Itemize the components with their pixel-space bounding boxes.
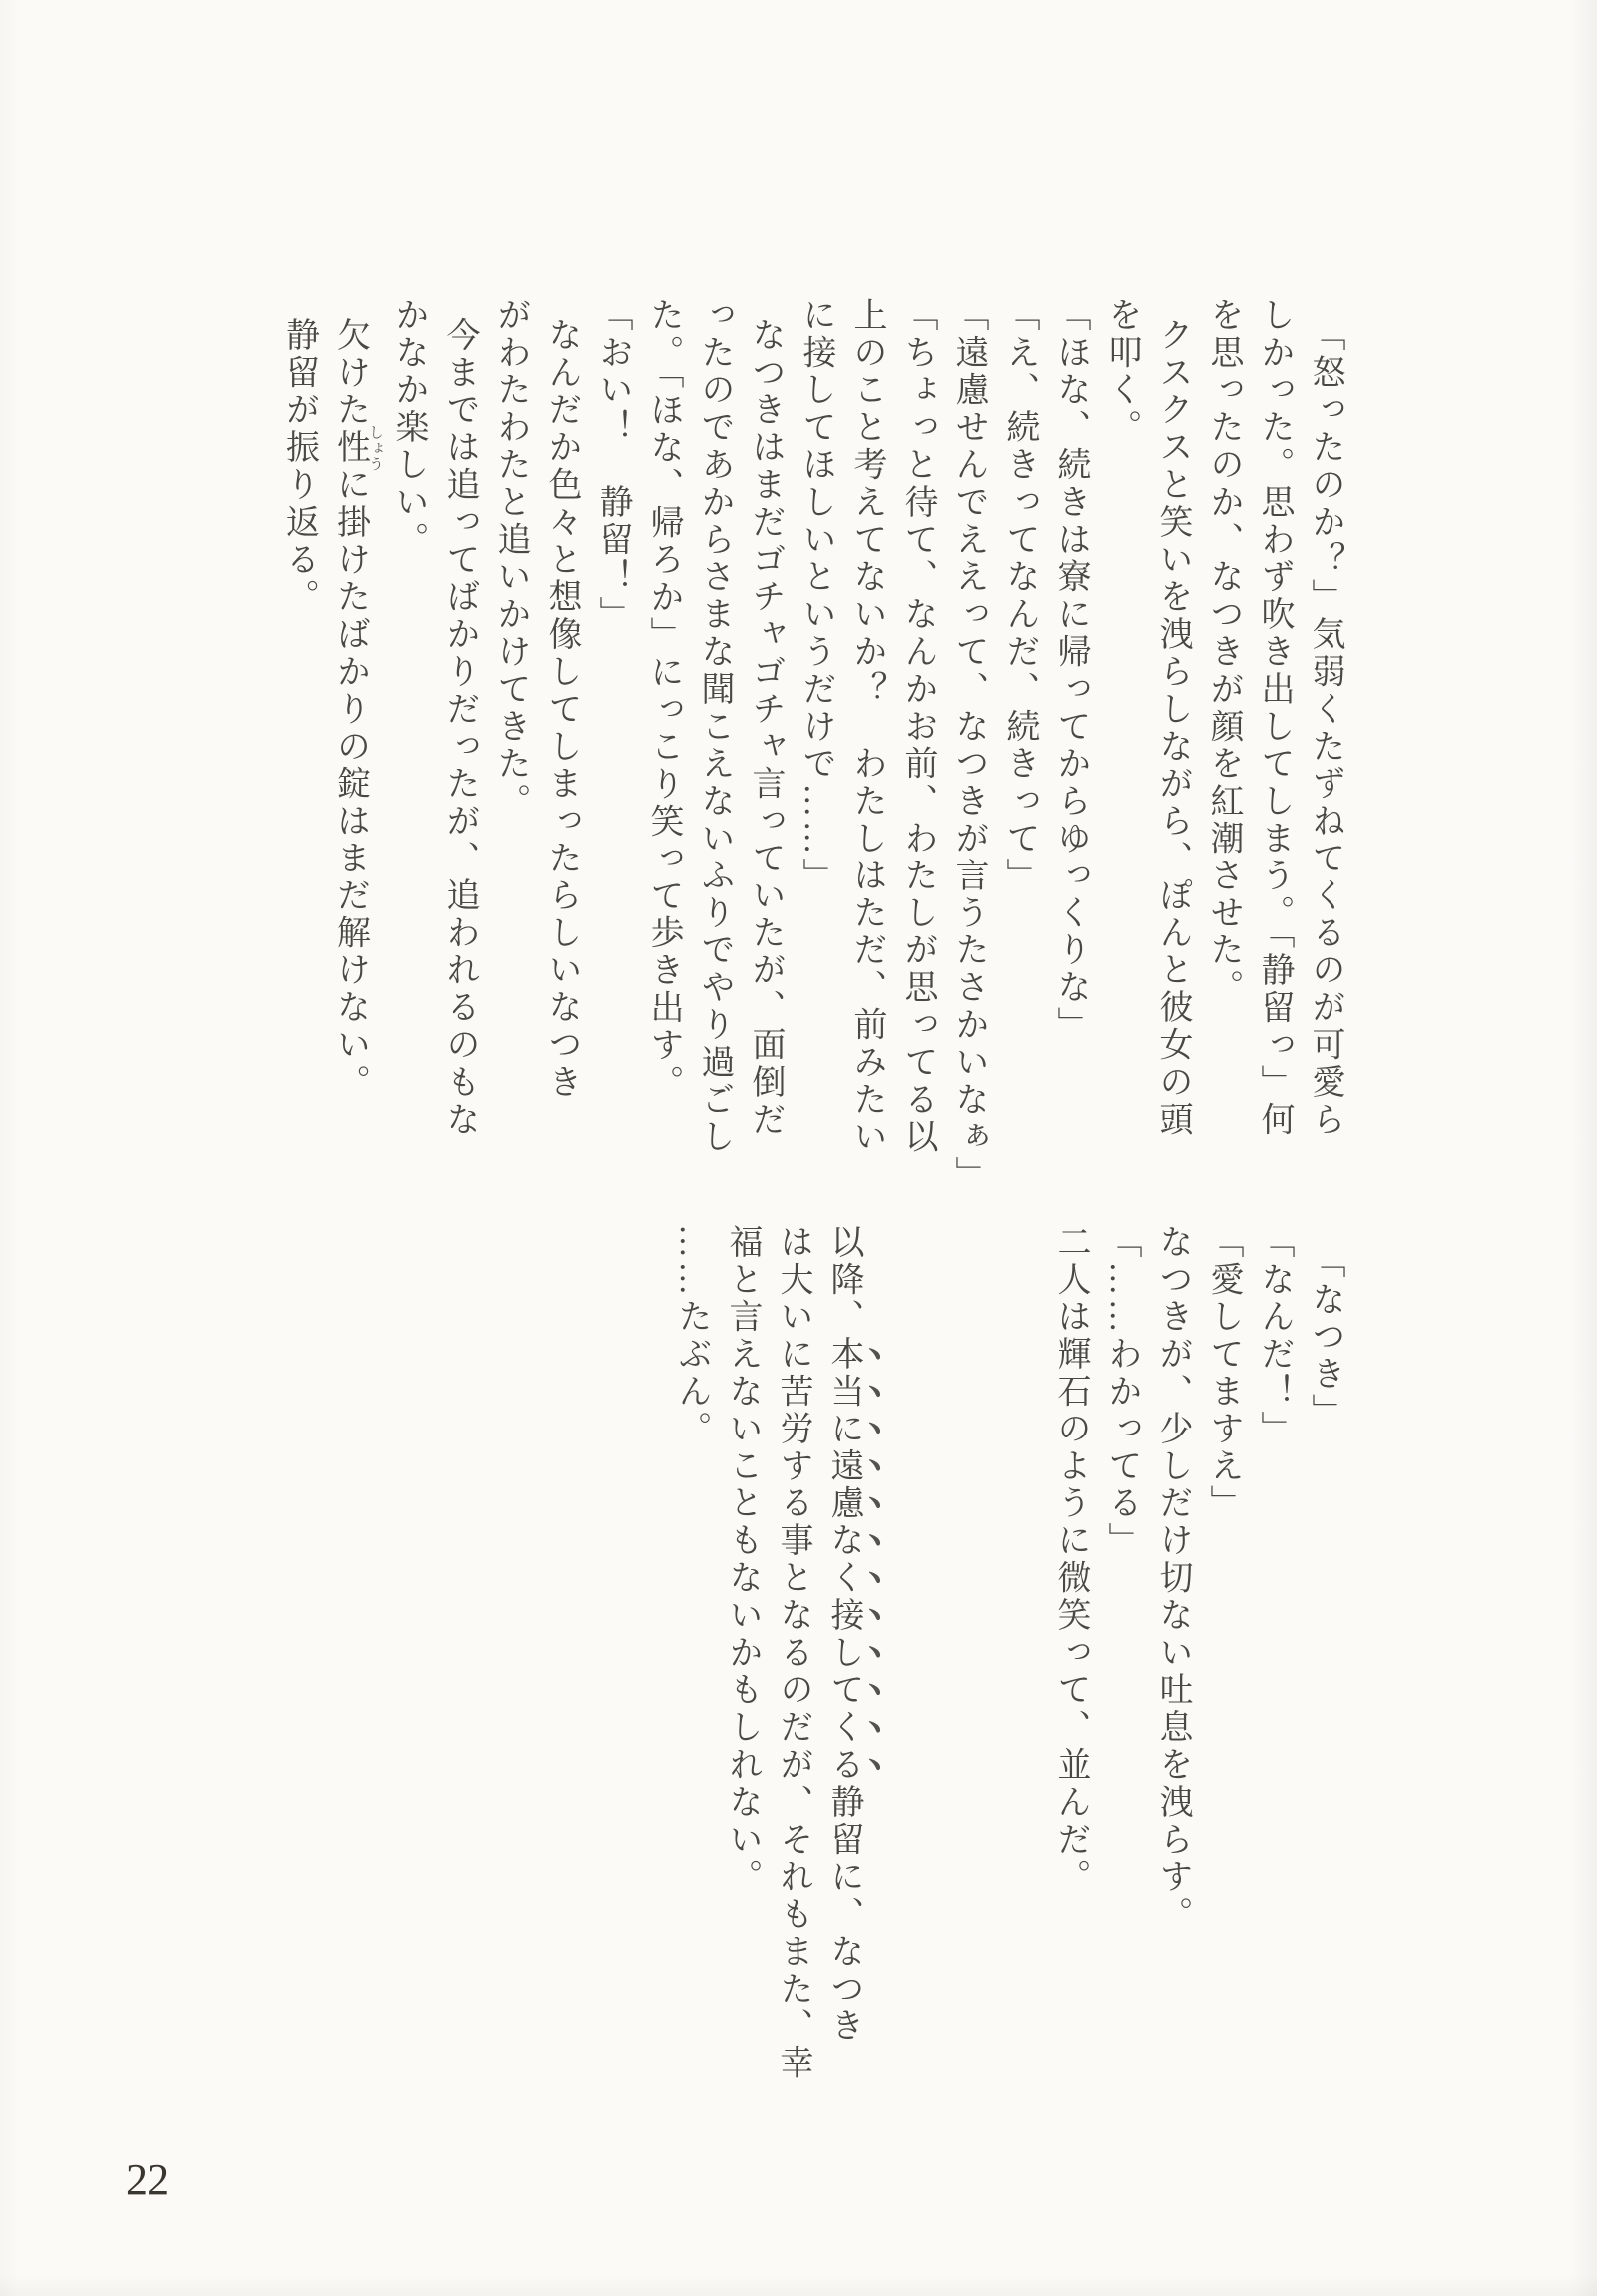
furigana: しょう bbox=[367, 424, 383, 471]
text-line: がわたわたと追いかけてきた。 bbox=[485, 297, 536, 1206]
page-number: 22 bbox=[126, 2154, 168, 2205]
text-line: 「ほな、続きは寮に帰ってからゆっくりな」 bbox=[1045, 297, 1096, 1206]
text-line: なんだか色々と想像してしまったらしいなつき bbox=[536, 297, 587, 1206]
text-line: 「なつき」 bbox=[1300, 1224, 1350, 2094]
text-line: しかった。思わず吹き出してしまう。「静留っ」何 bbox=[1249, 297, 1300, 1206]
upper-text-block: 「怒ったのか？」気弱くたずねてくるのが可愛らしかった。思わず吹き出してしまう。「… bbox=[274, 297, 1351, 1206]
text-line: 「怒ったのか？」気弱くたずねてくるのが可愛ら bbox=[1300, 297, 1350, 1206]
text-line: 「愛してますえ」 bbox=[1198, 1224, 1249, 2094]
text-line: クスクスと笑いを洩らしながら、ぽんと彼女の頭 bbox=[1147, 297, 1198, 1206]
text-line: 欠けた性しょうに掛けたばかりの錠はまだ解けない。 bbox=[325, 297, 384, 1206]
text-line: に接してほしいというだけで……」 bbox=[791, 297, 841, 1206]
text-line: 「……わかってる」 bbox=[1096, 1224, 1147, 2094]
text-line: なつきはまだゴチャゴチャ言っていたが、面倒だ bbox=[740, 297, 791, 1206]
scene-break-gap bbox=[887, 1224, 1045, 2094]
text-line: 「なんだ！」 bbox=[1249, 1224, 1300, 2094]
text-line: 上のこと考えてないか？ わたしはただ、前みたい bbox=[841, 297, 892, 1206]
text-line: 福と言えないこともないかもしれない。 bbox=[717, 1224, 768, 2094]
text-line: 「え、続きってなんだ、続きって」 bbox=[994, 297, 1045, 1206]
emphasized-text: 本当に遠慮なく接してくる bbox=[825, 1336, 862, 1784]
novel-page: 「怒ったのか？」気弱くたずねてくるのが可愛らしかった。思わず吹き出してしまう。「… bbox=[0, 0, 1597, 2296]
text-line: なつきが、少しだけ切ない吐息を洩らす。 bbox=[1147, 1224, 1198, 2094]
ruby-annotated-text: 性しょう bbox=[332, 429, 369, 466]
text-line: ……たぶん。 bbox=[666, 1224, 717, 2094]
text-line: 二人は輝石のように微笑って、並んだ。 bbox=[1045, 1224, 1096, 2094]
text-line: ったのであからさまな聞こえないふりでやり過ごし bbox=[689, 297, 740, 1206]
text-line: 「おい！ 静留！」 bbox=[587, 297, 638, 1206]
lower-text-block: 「なつき」「なんだ！」「愛してますえ」なつきが、少しだけ切ない吐息を洩らす。「…… bbox=[666, 1224, 1350, 2094]
text-line: 静留が振り返る。 bbox=[274, 297, 325, 1206]
text-line: かなか楽しい。 bbox=[383, 297, 434, 1206]
text-line: は大いに苦労する事となるのだが、それもまた、幸 bbox=[768, 1224, 818, 2094]
text-line: 「ちょっと待て、なんかお前、わたしが思ってる以 bbox=[892, 297, 943, 1206]
text-line: 今までは追ってばかりだったが、追われるのもな bbox=[434, 297, 485, 1206]
text-line: を思ったのか、なつきが顔を紅潮させた。 bbox=[1198, 297, 1249, 1206]
text-line: た。「ほな、帰ろか」にっこり笑って歩き出す。 bbox=[638, 297, 689, 1206]
text-line: 以降、本当に遠慮なく接してくる静留に、なつき bbox=[818, 1224, 887, 2094]
text-line: 「遠慮せんでええって、なつきが言うたさかいなぁ」 bbox=[943, 297, 994, 1206]
text-line: を叩く。 bbox=[1096, 297, 1147, 1206]
